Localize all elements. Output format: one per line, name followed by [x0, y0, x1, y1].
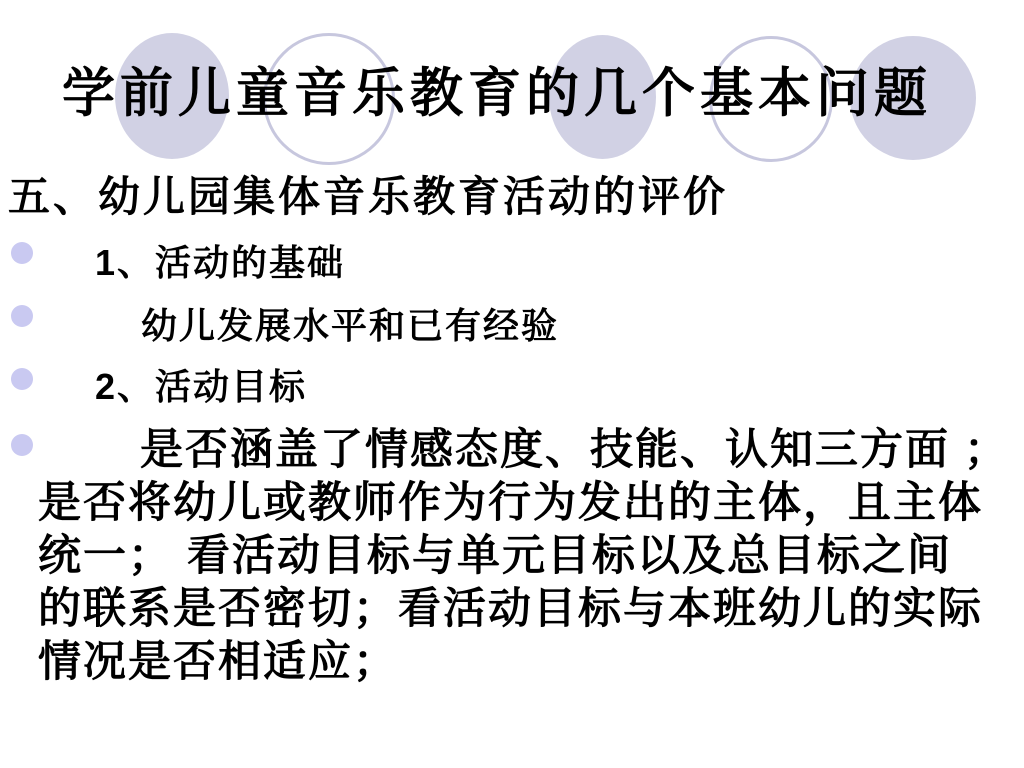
bullet-item-3: 2、活动目标	[95, 359, 307, 410]
paragraph-line: 是否涵盖了情感态度、技能、认知三方面 ；	[38, 424, 1023, 477]
paragraph-line: 是否将幼儿或教师作为行为发出的主体，且主体	[38, 477, 1023, 530]
bullet-icon	[11, 305, 33, 327]
section-heading: 五、幼儿园集体音乐教育活动的评价	[8, 164, 728, 224]
bullet-item-1: 1、活动的基础	[95, 235, 345, 286]
presentation-slide: 学前儿童音乐教育的几个基本问题 五、幼儿园集体音乐教育活动的评价 1、活动的基础…	[0, 0, 1024, 768]
paragraph-line: 统一； 看活动目标与单元目标以及总目标之间	[38, 530, 1023, 583]
paragraph-line: 的联系是否密切；看活动目标与本班幼儿的实际	[38, 583, 1023, 636]
bullet-icon	[11, 434, 33, 456]
slide-title: 学前儿童音乐教育的几个基本问题	[62, 66, 932, 122]
bullet-icon	[11, 368, 33, 390]
paragraph-line: 情况是否相适应；	[38, 636, 1023, 689]
bullet-item-2: 幼儿发展水平和已有经验	[141, 298, 559, 349]
bullet-paragraph: 是否涵盖了情感态度、技能、认知三方面 ； 是否将幼儿或教师作为行为发出的主体，且…	[38, 424, 1023, 689]
bullet-icon	[11, 242, 33, 264]
